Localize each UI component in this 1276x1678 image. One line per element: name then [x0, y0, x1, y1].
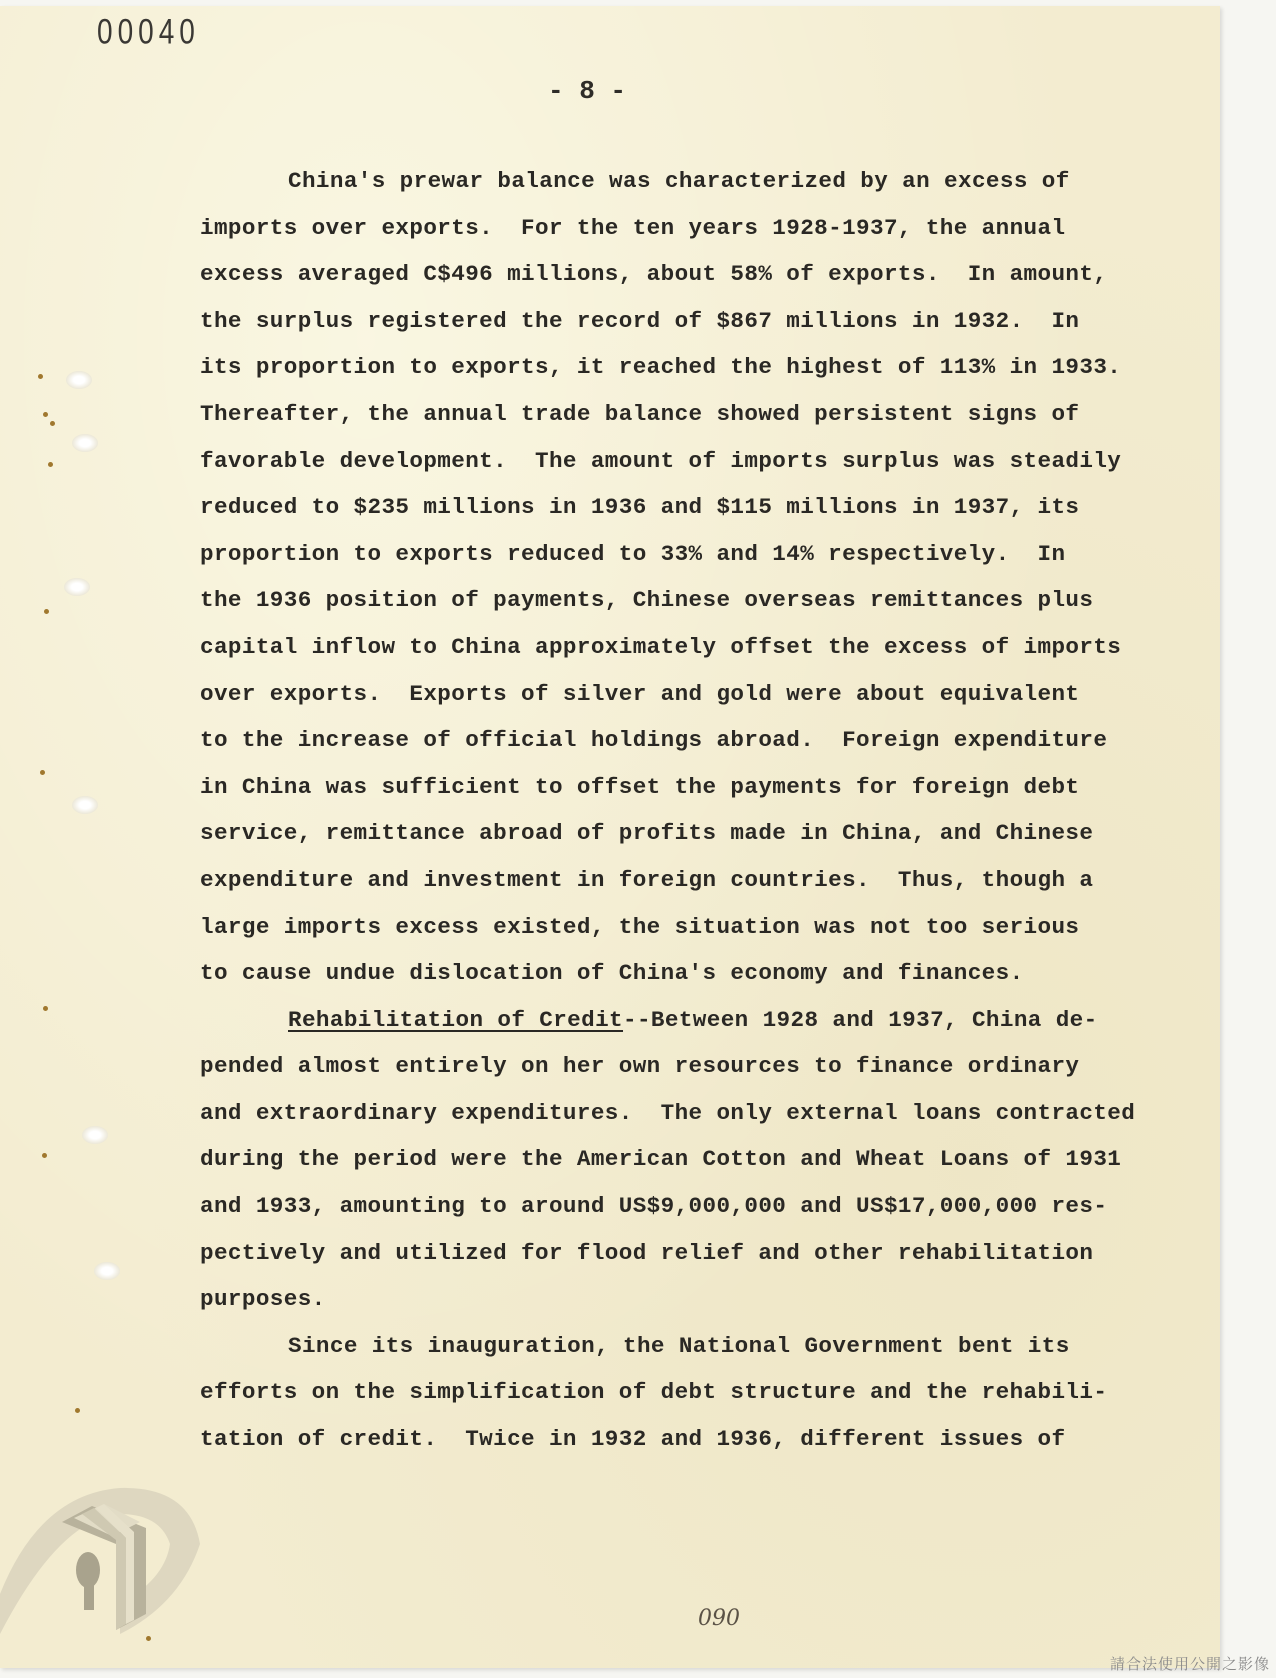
text-line: expenditure and investment in foreign co… [200, 857, 1200, 904]
rust-mark [44, 609, 49, 614]
paragraph-national-government: Since its inauguration, the National Gov… [200, 1323, 1200, 1463]
text-line: the 1936 position of payments, Chinese o… [200, 577, 1200, 624]
paragraph-rehabilitation-of-credit: Rehabilitation of Credit--Between 1928 a… [200, 997, 1200, 1323]
page-number: - 8 - [548, 76, 626, 106]
binding-hole [94, 1262, 120, 1280]
text-line: and extraordinary expenditures. The only… [200, 1090, 1200, 1137]
text-line: its proportion to exports, it reached th… [200, 344, 1200, 391]
text-line: over exports. Exports of silver and gold… [200, 671, 1200, 718]
usage-notice-watermark: 請合法使用公開之影像 [1110, 1653, 1270, 1674]
rust-mark [38, 374, 43, 379]
text-line: Rehabilitation of Credit--Between 1928 a… [200, 997, 1200, 1044]
heading-continuation: --Between 1928 and 1937, China de- [623, 1007, 1098, 1033]
text-line: large imports excess existed, the situat… [200, 904, 1200, 951]
text-line: pectively and utilized for flood relief … [200, 1230, 1200, 1277]
rust-mark [42, 1153, 47, 1158]
text-line: imports over exports. For the ten years … [200, 205, 1200, 252]
binding-hole [82, 1126, 108, 1144]
paragraph-trade-balance: China's prewar balance was characterized… [200, 158, 1200, 997]
rust-mark [50, 421, 55, 426]
text-line: favorable development. The amount of imp… [200, 438, 1200, 485]
document-page: 00040 - 8 - China's prewar balance was c… [0, 6, 1220, 1668]
binding-hole [66, 371, 92, 389]
rust-mark [43, 1006, 48, 1011]
document-body: China's prewar balance was characterized… [200, 158, 1200, 1463]
text-line: China's prewar balance was characterized… [200, 158, 1200, 205]
text-line: tation of credit. Twice in 1932 and 1936… [200, 1416, 1200, 1463]
text-line: to cause undue dislocation of China's ec… [200, 950, 1200, 997]
binding-hole [64, 578, 90, 596]
text-line: pended almost entirely on her own resour… [200, 1043, 1200, 1090]
archive-stamp-number: 00040 [97, 12, 200, 52]
text-line: Thereafter, the annual trade balance sho… [200, 391, 1200, 438]
rust-mark [40, 770, 45, 775]
text-line: capital inflow to China approximately of… [200, 624, 1200, 671]
rust-mark [48, 462, 53, 467]
binding-hole [72, 796, 98, 814]
text-line: to the increase of official holdings abr… [200, 717, 1200, 764]
text-line: efforts on the simplification of debt st… [200, 1369, 1200, 1416]
text-line: excess averaged C$496 millions, about 58… [200, 251, 1200, 298]
text-line: Since its inauguration, the National Gov… [200, 1323, 1200, 1370]
rust-mark [146, 1636, 151, 1641]
archive-logo-icon [0, 1484, 210, 1634]
rust-mark [43, 412, 48, 417]
binding-hole [72, 434, 98, 452]
text-line: and 1933, amounting to around US$9,000,0… [200, 1183, 1200, 1230]
text-line: in China was sufficient to offset the pa… [200, 764, 1200, 811]
text-line: reduced to $235 millions in 1936 and $11… [200, 484, 1200, 531]
rust-mark [75, 1408, 80, 1413]
handwritten-folio-number: 090 [698, 1606, 740, 1631]
text-line: proportion to exports reduced to 33% and… [200, 531, 1200, 578]
text-line: service, remittance abroad of profits ma… [200, 810, 1200, 857]
section-heading: Rehabilitation of Credit [288, 1007, 623, 1033]
text-line: during the period were the American Cott… [200, 1136, 1200, 1183]
text-line: the surplus registered the record of $86… [200, 298, 1200, 345]
text-line: purposes. [200, 1276, 1200, 1323]
